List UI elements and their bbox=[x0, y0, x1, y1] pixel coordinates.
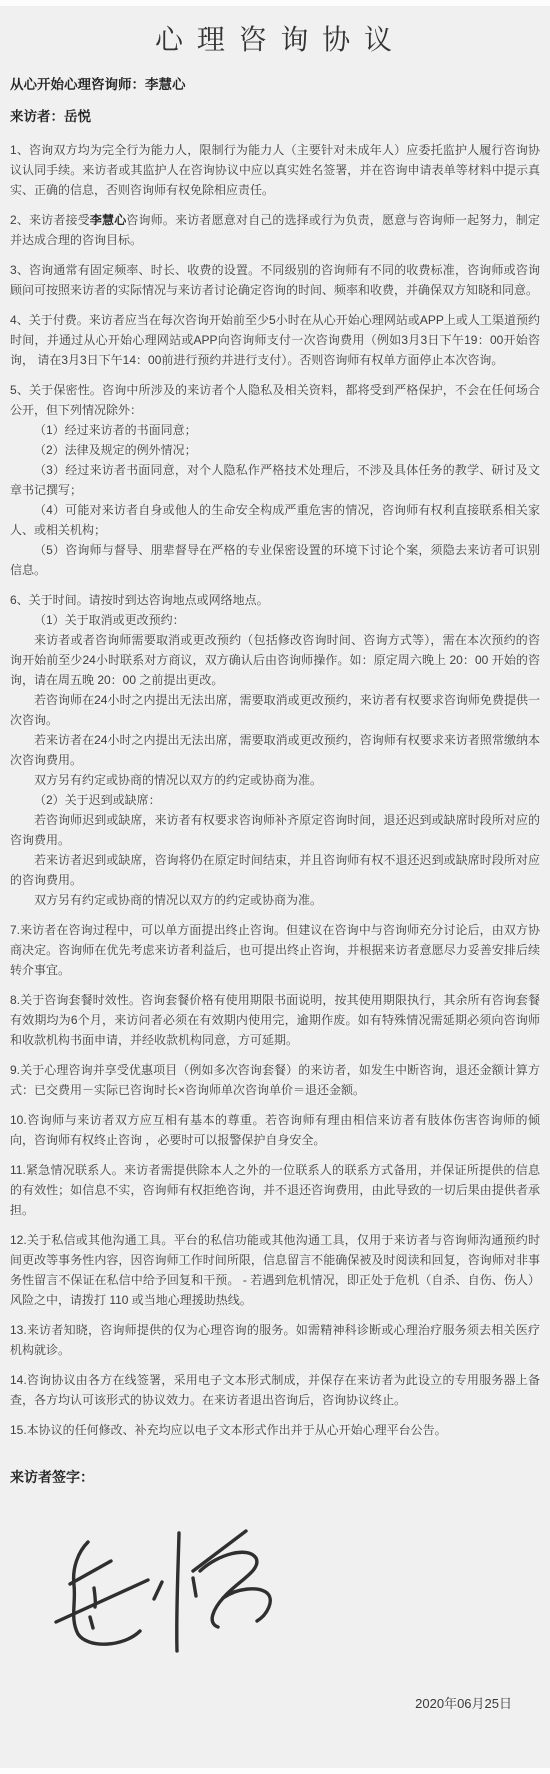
visitor-name-line: 来访者：岳悦 bbox=[10, 108, 540, 126]
agreement-paragraph: 6、关于时间。请按时到达咨询地点或网络地点。 bbox=[10, 590, 540, 610]
signature-handwriting bbox=[50, 1518, 286, 1660]
agreement-paragraph: 7.来访者在咨询过程中，可以单方面提出终止咨询。但建议在咨询中与咨询师充分讨论后… bbox=[10, 920, 540, 980]
agreement-paragraph: 4、关于付费。来访者应当在每次咨询开始前至少5小时在从心开始心理网站或APP上或… bbox=[10, 310, 540, 370]
agreement-paragraph: 13.来访者知晓，咨询师提供的仅为心理咨询的服务。如需精神科诊断或心理治疗服务须… bbox=[10, 1320, 540, 1360]
agreement-paragraph: 8.关于咨询套餐时效性。咨询套餐价格有使用期限书面说明，按其使用期限执行，其余所… bbox=[10, 990, 540, 1050]
signature-stroke bbox=[154, 1582, 162, 1599]
agreement-paragraph: 5、关于保密性。咨询中所涉及的来访者个人隐私及相关资料，都将受到严格保护，不会在… bbox=[10, 380, 540, 420]
agreement-paragraph: （2）法律及规定的例外情况； bbox=[10, 440, 540, 460]
agreement-paragraph: 若咨询师迟到或缺席，来访者有权要求咨询师补齐原定咨询时间，退还迟到或缺席时段所对… bbox=[10, 810, 540, 850]
counselor-name-line: 从心开始心理咨询师：李慧心 bbox=[10, 76, 540, 94]
agreement-paragraph: （3）经过来访者书面同意，对个人隐私作严格技术处理后，不涉及具体任务的教学、研讨… bbox=[10, 460, 540, 500]
agreement-paragraph: 1、咨询双方均为完全行为能力人，限制行为能力人（主要针对未成年人）应委托监护人履… bbox=[10, 140, 540, 200]
agreement-body: 1、咨询双方均为完全行为能力人，限制行为能力人（主要针对未成年人）应委托监护人履… bbox=[10, 140, 540, 1440]
agreement-paragraph: （5）咨询师与督导、朋辈督导在严格的专业保密设置的环境下讨论个案，须隐去来访者可… bbox=[10, 540, 540, 580]
agreement-date: 2020年06月25日 bbox=[10, 1696, 540, 1712]
agreement-paragraph: 14.咨询协议由各方在线签署，采用电子文本形式制成，并保存在来访者为此设立的专用… bbox=[10, 1370, 540, 1410]
signature-stroke bbox=[94, 1588, 95, 1607]
signature-stroke bbox=[90, 1617, 93, 1628]
agreement-paragraph: 11.紧急情况联系人。来访者需提供除本人之外的一位联系人的联系方式备用，并保证所… bbox=[10, 1160, 540, 1220]
agreement-paragraph: 若来访者迟到或缺席，咨询将仍在原定时间结束，并且咨询师有权不退还迟到或缺席时段所… bbox=[10, 850, 540, 890]
agreement-paragraph: （4）可能对来访者自身或他人的生命安全构成严重危害的情况，咨询师有权利直接联系相… bbox=[10, 500, 540, 540]
agreement-paragraph: （1）关于取消或更改预约： bbox=[10, 610, 540, 630]
agreement-paragraph: 若来访者在24小时之内提出无法出席，需要取消或更改预约，咨询师有权要求来访者照常… bbox=[10, 730, 540, 770]
agreement-paragraph: 3、咨询通常有固定频率、时长、收费的设置。不同级别的咨询师有不同的收费标准，咨询… bbox=[10, 260, 540, 300]
agreement-paragraph: 双方另有约定或协商的情况以双方的约定或协商为准。 bbox=[10, 890, 540, 910]
signature-stroke bbox=[74, 1542, 140, 1644]
page-title: 心 理 咨 询 协 议 bbox=[10, 18, 540, 58]
signature-stroke bbox=[223, 1589, 270, 1621]
agreement-paragraph: 若咨询师在24小时之内提出无法出席，需要取消或更改预约，来访者有权要求咨询师免费… bbox=[10, 690, 540, 730]
signature-label: 来访者签字： bbox=[10, 1468, 540, 1486]
agreement-paragraph: 双方另有约定或协商的情况以双方的约定或协商为准。 bbox=[10, 770, 540, 790]
signature-stroke bbox=[193, 1578, 196, 1596]
agreement-page: 心 理 咨 询 协 议 从心开始心理咨询师：李慧心 来访者：岳悦 1、咨询双方均… bbox=[0, 6, 550, 1768]
agreement-paragraph: 10.咨询师与来访者双方应互相有基本的尊重。若咨询师有理由相信来访者有肢体伤害咨… bbox=[10, 1110, 540, 1150]
agreement-paragraph: （1）经过来访者的书面同意； bbox=[10, 420, 540, 440]
agreement-paragraph: 12.关于私信或其他沟通工具。平台的私信功能或其他沟通工具，仅用于来访者与咨询师… bbox=[10, 1230, 540, 1310]
signature-stroke bbox=[177, 1533, 179, 1651]
agreement-paragraph: 9.关于心理咨询并享受优惠项目（例如多次咨询套餐）的来访者，如发生中断咨询，退还… bbox=[10, 1060, 540, 1100]
agreement-paragraph: 来访者或者咨询师需要取消或更改预约（包括修改咨询时间、咨询方式等），需在本次预约… bbox=[10, 630, 540, 690]
agreement-paragraph: （2）关于迟到或缺席： bbox=[10, 790, 540, 810]
agreement-paragraph: 15.本协议的任何修改、补充均应以电子文本形式作出并于从心开始心理平台公告。 bbox=[10, 1420, 540, 1440]
agreement-paragraph: 2、来访者接受李慧心咨询师。来访者愿意对自己的选择或行为负责，愿意与咨询师一起努… bbox=[10, 210, 540, 250]
signature-stroke bbox=[56, 1580, 148, 1622]
